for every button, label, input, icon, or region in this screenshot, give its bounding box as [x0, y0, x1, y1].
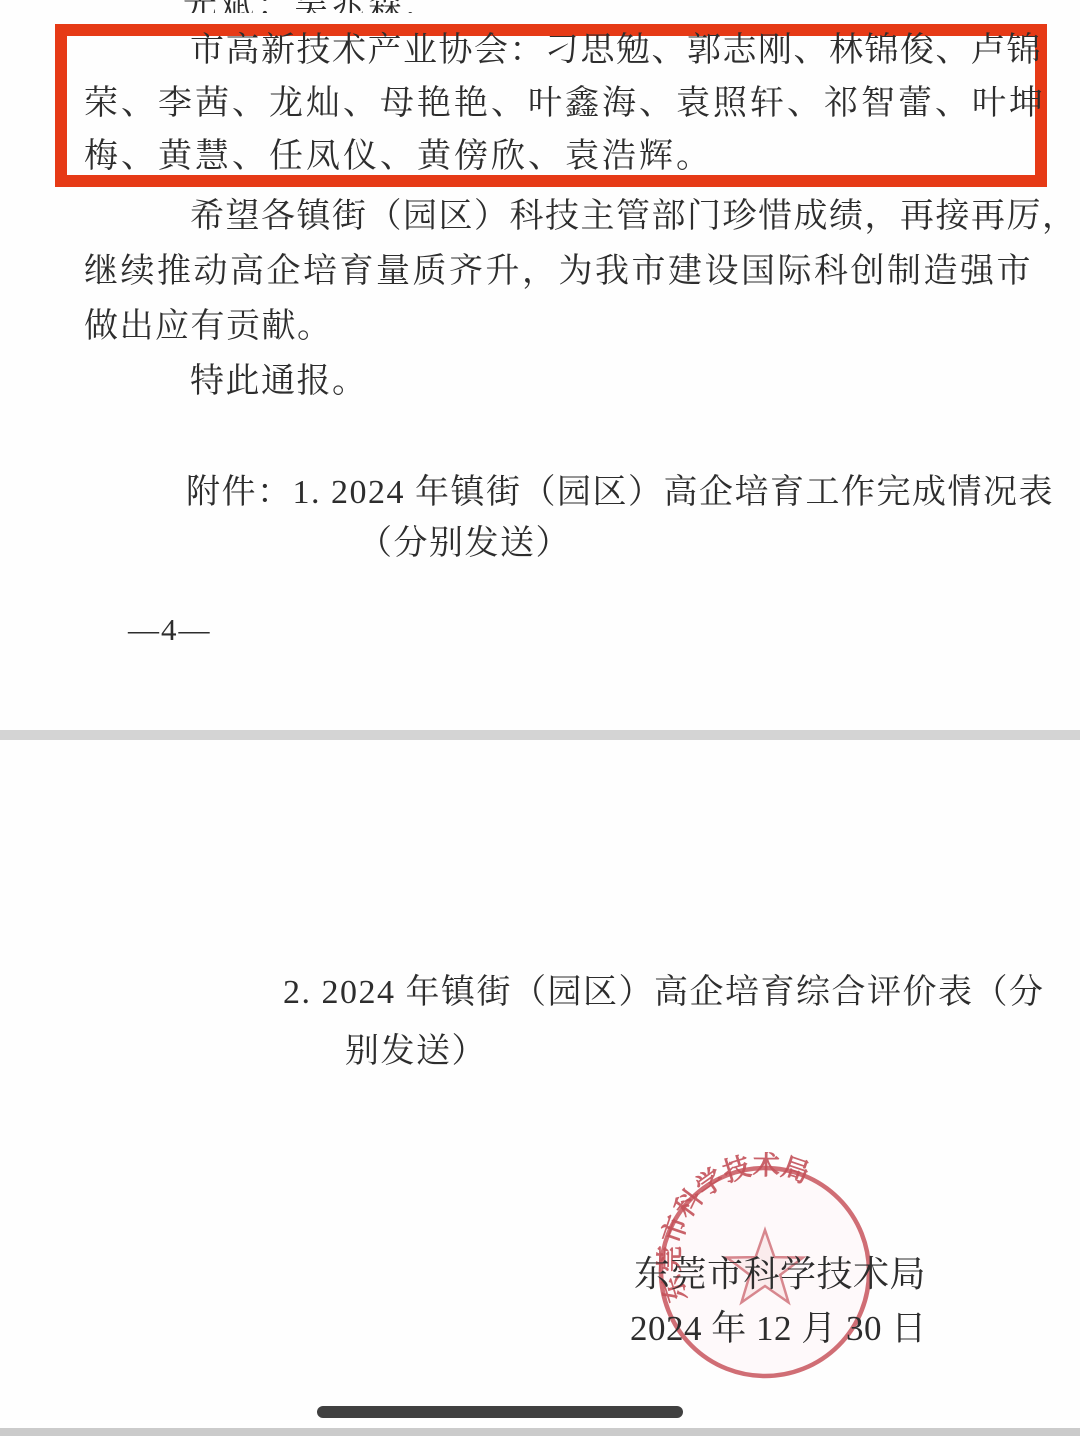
clipped-previous-line: 光斌：吴兆森， — [183, 0, 603, 13]
home-indicator-bar[interactable] — [317, 1406, 683, 1418]
hope-paragraph-line-3: 做出应有贡献。 — [84, 307, 333, 348]
attachment-1-line-2: （分别发送） — [358, 524, 571, 565]
document-page-2: 2. 2024 年镇街（园区）高企培育综合评价表（分 别发送） 东莞市科学技术局… — [0, 740, 1080, 1428]
document-page-1: 光斌：吴兆森， 市高新技术产业协会：刁思勉、郭志刚、林锦俊、卢锦 荣、李茜、龙灿… — [0, 0, 1080, 730]
attachment-2-line-1: 2. 2024 年镇街（园区）高企培育综合评价表（分 — [283, 973, 1045, 1014]
hope-paragraph-line-1: 希望各镇街（园区）科技主管部门珍惜成绩，再接再厉， — [190, 197, 1078, 238]
association-names-line-3: 梅、黄慧、任凤仪、黄傍欣、袁浩辉。 — [84, 137, 713, 178]
clipped-previous-line-text: 光斌：吴兆森， — [183, 0, 603, 13]
association-names-line-2: 荣、李茜、龙灿、母艳艳、叶鑫海、袁照轩、祁智蕾、叶坤 — [84, 84, 1046, 125]
closing-statement: 特此通报。 — [190, 362, 368, 403]
issuer-name: 东莞市科学技术局 — [634, 1253, 926, 1296]
page-number: —4— — [128, 611, 212, 648]
page-break-divider — [0, 730, 1080, 740]
document-screenshot: 光斌：吴兆森， 市高新技术产业协会：刁思勉、郭志刚、林锦俊、卢锦 荣、李茜、龙灿… — [0, 0, 1080, 1436]
bottom-edge-strip — [0, 1428, 1080, 1436]
attachment-1-line-1: 附件：1. 2024 年镇街（园区）高企培育工作完成情况表 — [186, 473, 1054, 514]
issue-date: 2024 年 12 月 30 日 — [630, 1308, 927, 1350]
hope-paragraph-line-2: 继续推动高企培育量质齐升，为我市建设国际科创制造强市 — [84, 252, 1033, 293]
attachment-2-line-2: 别发送） — [345, 1032, 487, 1073]
association-names-line-1: 市高新技术产业协会：刁思勉、郭志刚、林锦俊、卢锦 — [190, 31, 1042, 72]
